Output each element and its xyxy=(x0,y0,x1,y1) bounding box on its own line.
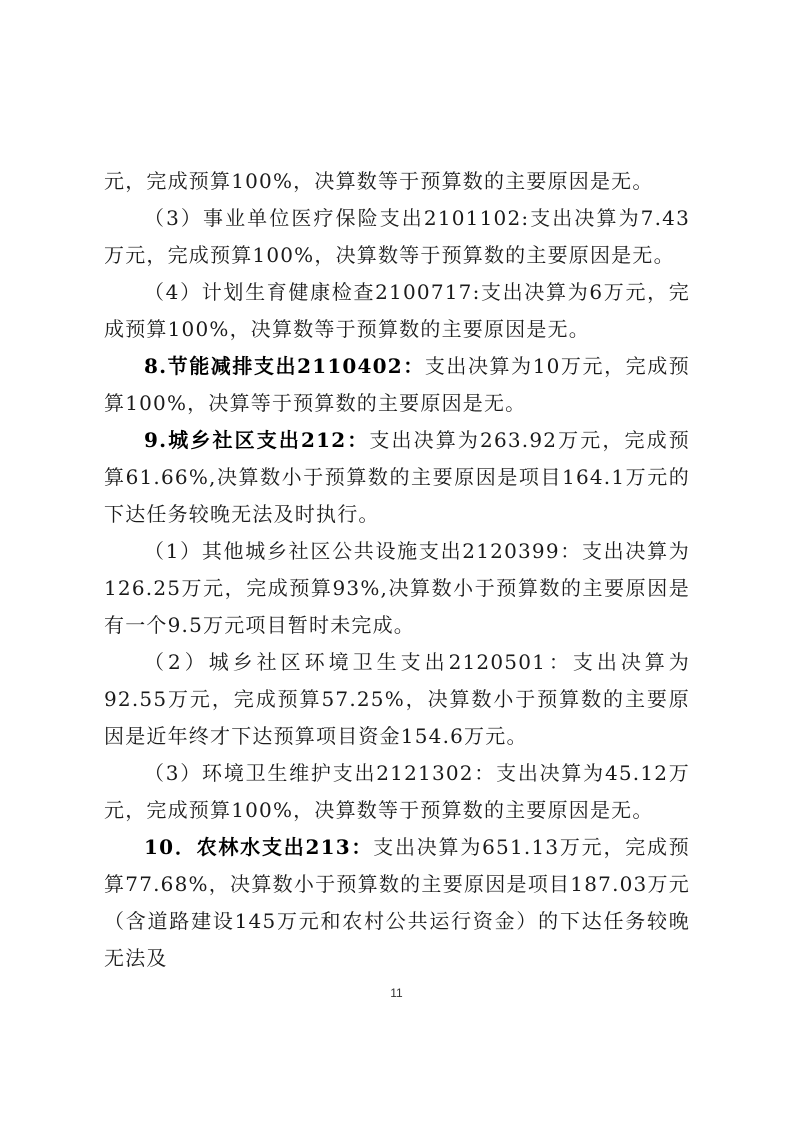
paragraph-medical-insurance: （3）事业单位医疗保险支出2101102:支出决算为7.43万元，完成预算100… xyxy=(104,200,690,274)
paragraph-family-planning: （4）计划生育健康检查2100717:支出决算为6万元，完成预算100%，决算数… xyxy=(104,274,690,348)
page-number: 11 xyxy=(0,986,793,1000)
section-heading: 9.城乡社区支出212： xyxy=(144,428,369,452)
paragraph-public-facilities: （1）其他城乡社区公共设施支出2120399：支出决算为126.25万元，完成预… xyxy=(104,533,690,644)
paragraph-agriculture-forestry-water: 10．农林水支出213：支出决算为651.13万元，完成预算77.68%，决算数… xyxy=(104,829,690,977)
paragraph-energy-saving: 8.节能减排支出2110402：支出决算为10万元，完成预算100%，决算等于预… xyxy=(104,348,690,422)
paragraph-sanitation-maintenance: （3）环境卫生维护支出2121302：支出决算为45.12万元，完成预算100%… xyxy=(104,755,690,829)
paragraph-urban-rural-community: 9.城乡社区支出212：支出决算为263.92万元，完成预算61.66%,决算数… xyxy=(104,422,690,533)
paragraph-text: （3）事业单位医疗保险支出2101102:支出决算为7.43万元，完成预算100… xyxy=(104,206,690,267)
section-heading: 8.节能减排支出2110402： xyxy=(144,354,425,378)
paragraph-text: （4）计划生育健康检查2100717:支出决算为6万元，完成预算100%，决算数… xyxy=(104,280,690,341)
paragraph-text: （1）其他城乡社区公共设施支出2120399：支出决算为126.25万元，完成预… xyxy=(104,539,690,637)
paragraph-text: （2）城乡社区环境卫生支出2120501：支出决算为92.55万元，完成预算57… xyxy=(104,650,690,748)
paragraph-continuation: 元，完成预算100%，决算数等于预算数的主要原因是无。 xyxy=(104,163,690,200)
section-heading: 10．农林水支出213： xyxy=(144,835,373,859)
paragraph-text: （3）环境卫生维护支出2121302：支出决算为45.12万元，完成预算100%… xyxy=(104,761,690,822)
paragraph-text: 元，完成预算100%，决算数等于预算数的主要原因是无。 xyxy=(104,169,654,193)
document-body: 元，完成预算100%，决算数等于预算数的主要原因是无。 （3）事业单位医疗保险支… xyxy=(104,163,690,977)
paragraph-environmental-sanitation: （2）城乡社区环境卫生支出2120501：支出决算为92.55万元，完成预算57… xyxy=(104,644,690,755)
